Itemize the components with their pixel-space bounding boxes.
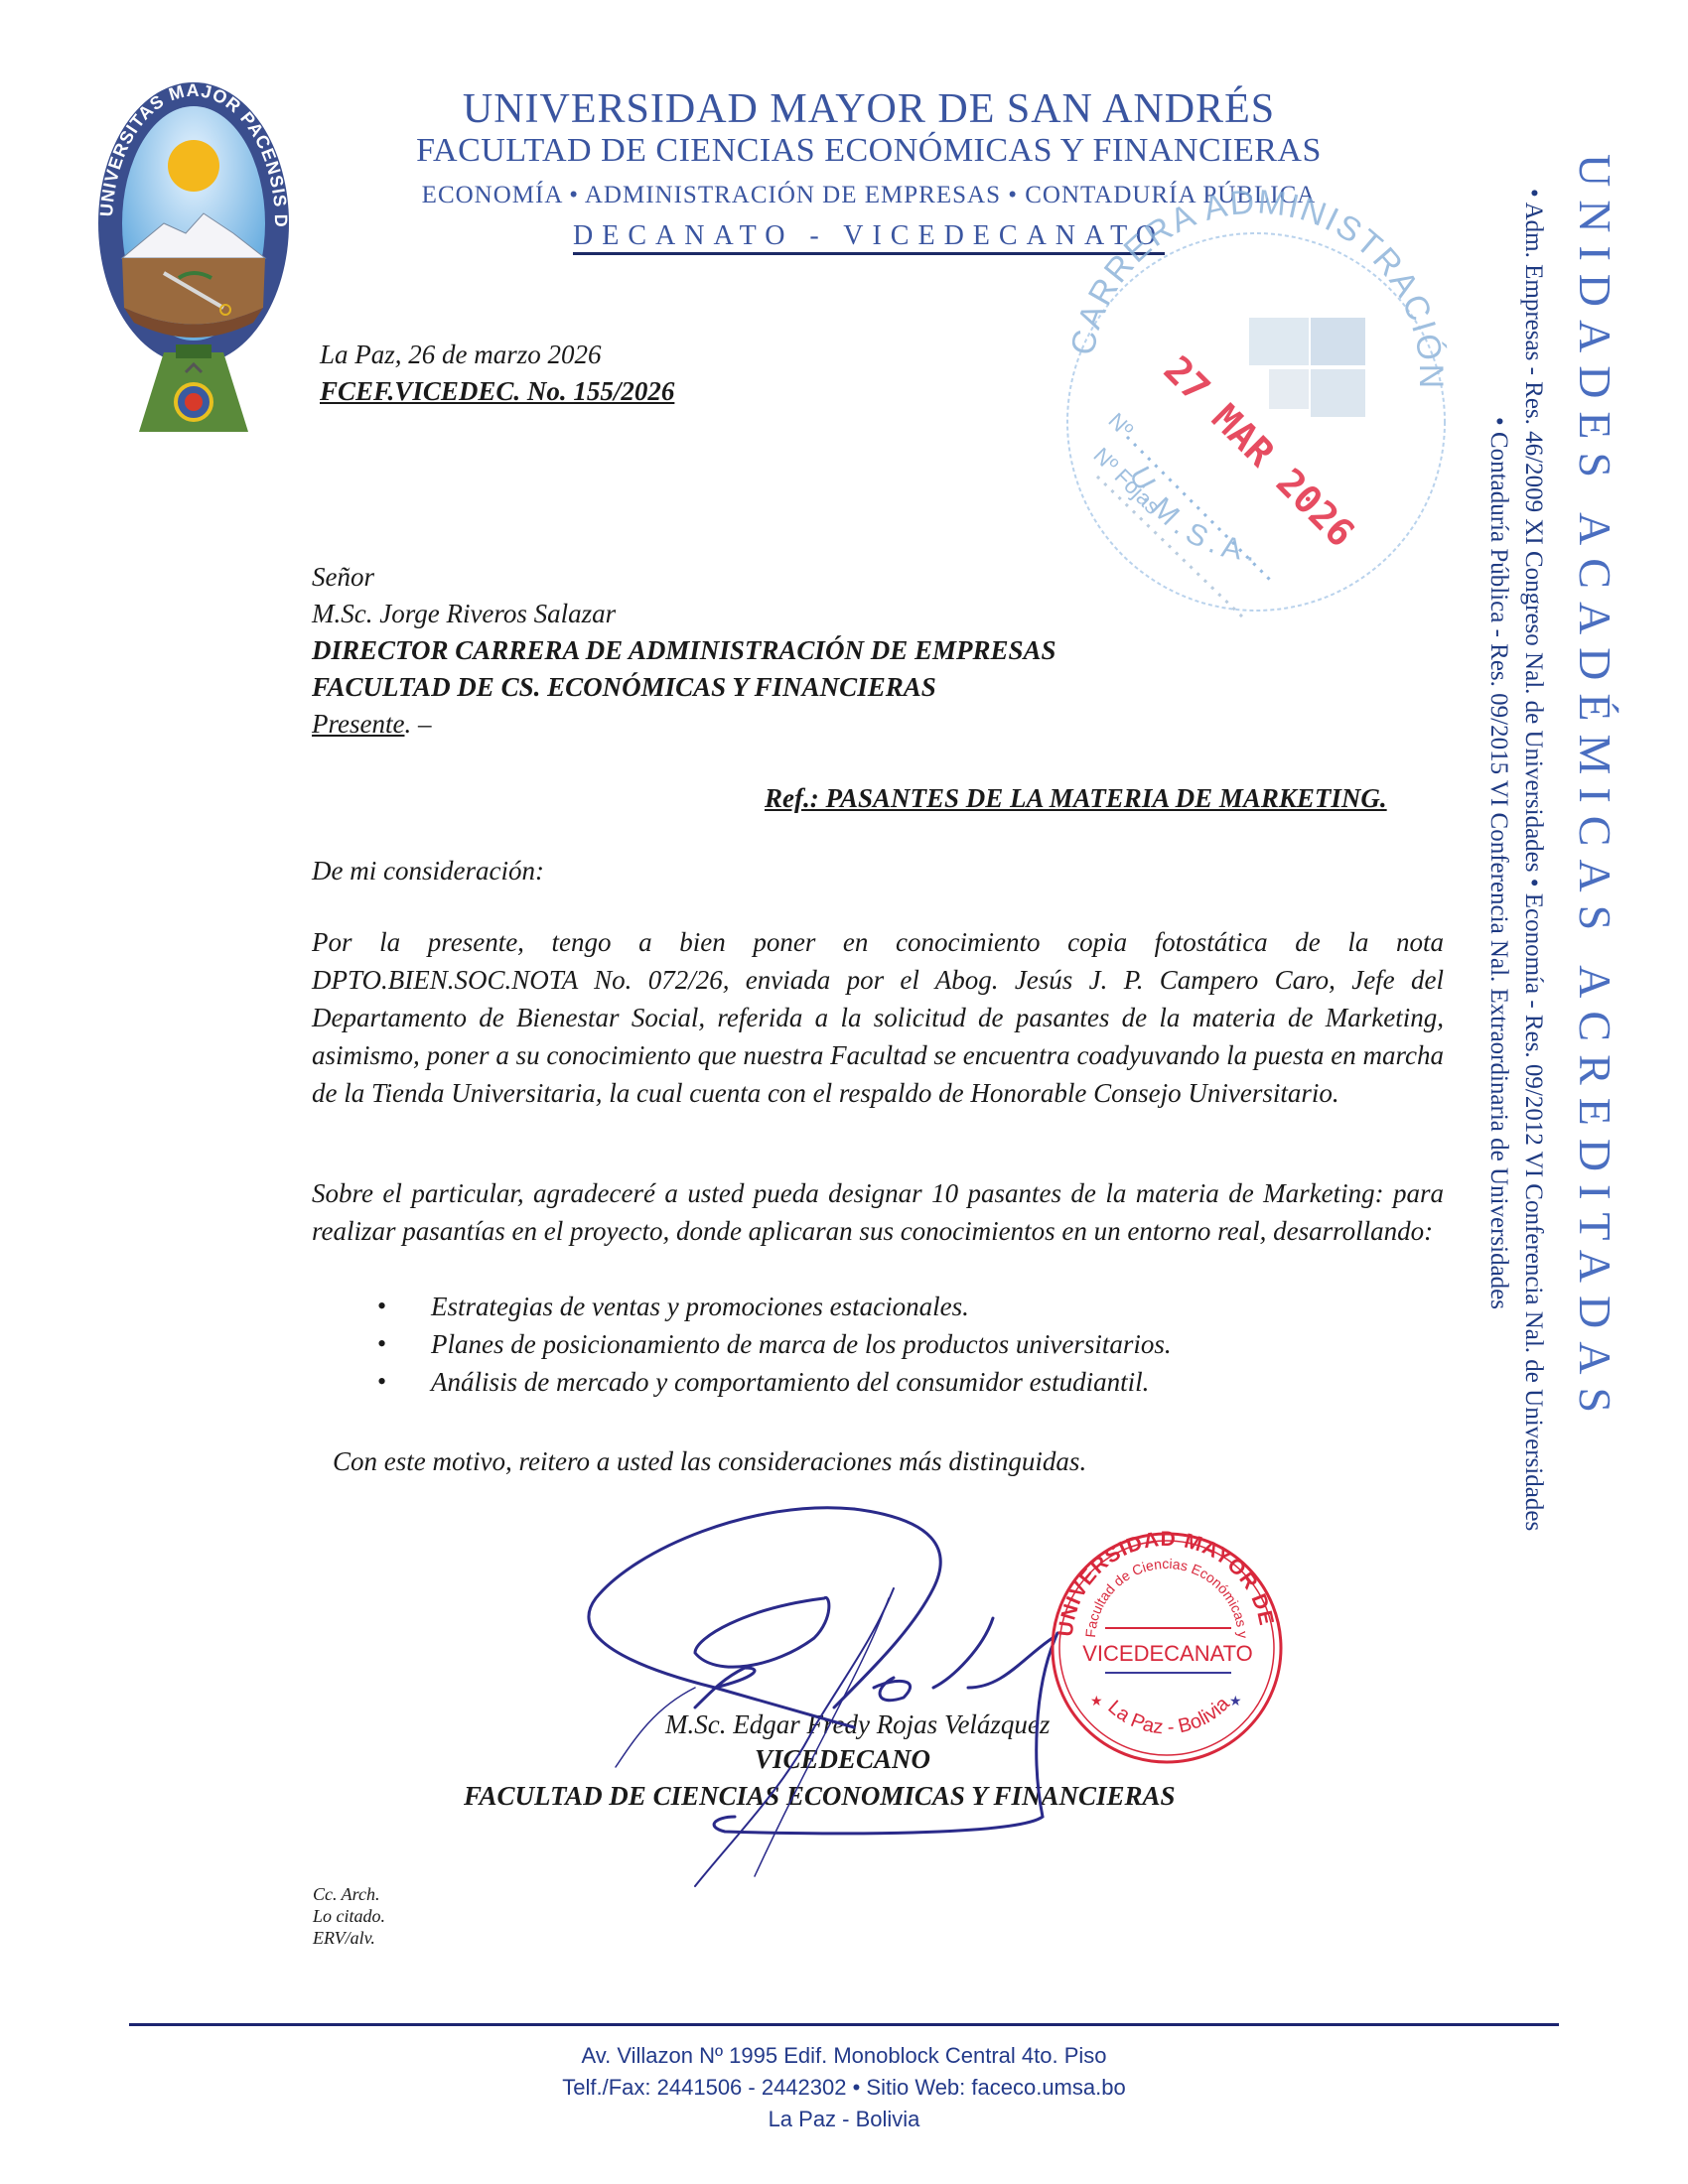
svg-text:27 MAR 2026: 27 MAR 2026 — [1156, 347, 1363, 555]
faculty-name: FACULTAD DE CIENCIAS ECONÓMICAS Y FINANC… — [298, 132, 1440, 170]
cc-line: ERV/alv. — [313, 1927, 385, 1949]
signature-scribble — [589, 1508, 1057, 1886]
accreditation-line-1: • Adm. Empresas - Res. 46/2009 XI Congre… — [1519, 189, 1547, 1531]
activities-list: Estrategias de ventas y promociones esta… — [377, 1288, 1172, 1401]
signatory-title: VICEDECANO — [755, 1740, 930, 1778]
svg-text:Nº: Nº — [1103, 408, 1138, 443]
reference-number: FCEF.VICEDEC. No. 155/2026 — [320, 372, 674, 410]
cc-block: Cc. Arch. Lo citado. ERV/alv. — [313, 1883, 385, 1949]
body-paragraph-2: Sobre el particular, agradeceré a usted … — [312, 1174, 1444, 1250]
programs-line: ECONOMÍA • ADMINISTRACIÓN DE EMPRESAS • … — [298, 182, 1440, 209]
list-item: Análisis de mercado y comportamiento del… — [377, 1363, 1172, 1401]
subject-line: Ref.: PASANTES DE LA MATERIA DE MARKETIN… — [765, 779, 1387, 817]
place-date: La Paz, 26 de marzo 2026 — [320, 336, 602, 373]
university-seal-icon: UNIVERSITAS MAJOR PACENSIS DIVI ANDRE Æ — [94, 74, 293, 442]
svg-text:VICEDECANATO: VICEDECANATO — [1082, 1641, 1253, 1666]
list-item: Planes de posicionamiento de marca de lo… — [377, 1325, 1172, 1363]
footer-city: La Paz - Bolivia — [129, 2107, 1559, 2132]
footer-divider — [129, 2023, 1559, 2026]
office-title: DECANATO - VICEDECANATO — [298, 220, 1440, 252]
accreditation-title: UNIDADES ACADÉMICAS ACREDITADAS — [1569, 154, 1621, 1426]
closing-line: Con este motivo, reitero a usted las con… — [333, 1442, 1086, 1480]
svg-text:★: ★ — [1090, 1695, 1103, 1709]
footer-contact: Telf./Fax: 2441506 - 2442302 • Sitio Web… — [129, 2075, 1559, 2101]
recipient-position: DIRECTOR CARRERA DE ADMINISTRACIÓN DE EM… — [312, 631, 1056, 668]
recipient-block: Señor M.Sc. Jorge Riveros Salazar DIRECT… — [312, 558, 1056, 742]
office-title-text: DECANATO - VICEDECANATO — [573, 220, 1165, 255]
footer-address: Av. Villazon Nº 1995 Edif. Monoblock Cen… — [129, 2043, 1559, 2069]
cc-line: Lo citado. — [313, 1905, 385, 1927]
list-item: Estrategias de ventas y promociones esta… — [377, 1288, 1172, 1325]
recipient-name: M.Sc. Jorge Riveros Salazar — [312, 595, 1056, 631]
svg-text:Nº Fojas: Nº Fojas — [1088, 443, 1165, 519]
greeting: De mi consideración: — [312, 852, 544, 889]
recipient-presente: Presente. – — [312, 705, 1056, 742]
svg-text:La Paz - Bolivia: La Paz - Bolivia — [1104, 1693, 1235, 1739]
accreditation-line-2: • Contaduría Pública - Res. 09/2015 VI C… — [1484, 417, 1512, 1309]
signatory-name: M.Sc. Edgar Fredy Rojas Velázquez — [665, 1706, 1050, 1743]
recipient-faculty: FACULTAD DE CS. ECONÓMICAS Y FINANCIERAS — [312, 668, 1056, 705]
recipient-salutation: Señor — [312, 558, 1056, 595]
body-paragraph-1: Por la presente, tengo a bien poner en c… — [312, 923, 1444, 1112]
svg-text:U.M.S.A.: U.M.S.A. — [1123, 462, 1261, 568]
cc-line: Cc. Arch. — [313, 1883, 385, 1905]
signatory-faculty: FACULTAD DE CIENCIAS ECONOMICAS Y FINANC… — [464, 1777, 1176, 1815]
university-name: UNIVERSIDAD MAYOR DE SAN ANDRÉS — [298, 85, 1440, 133]
svg-text:★: ★ — [1229, 1695, 1242, 1709]
